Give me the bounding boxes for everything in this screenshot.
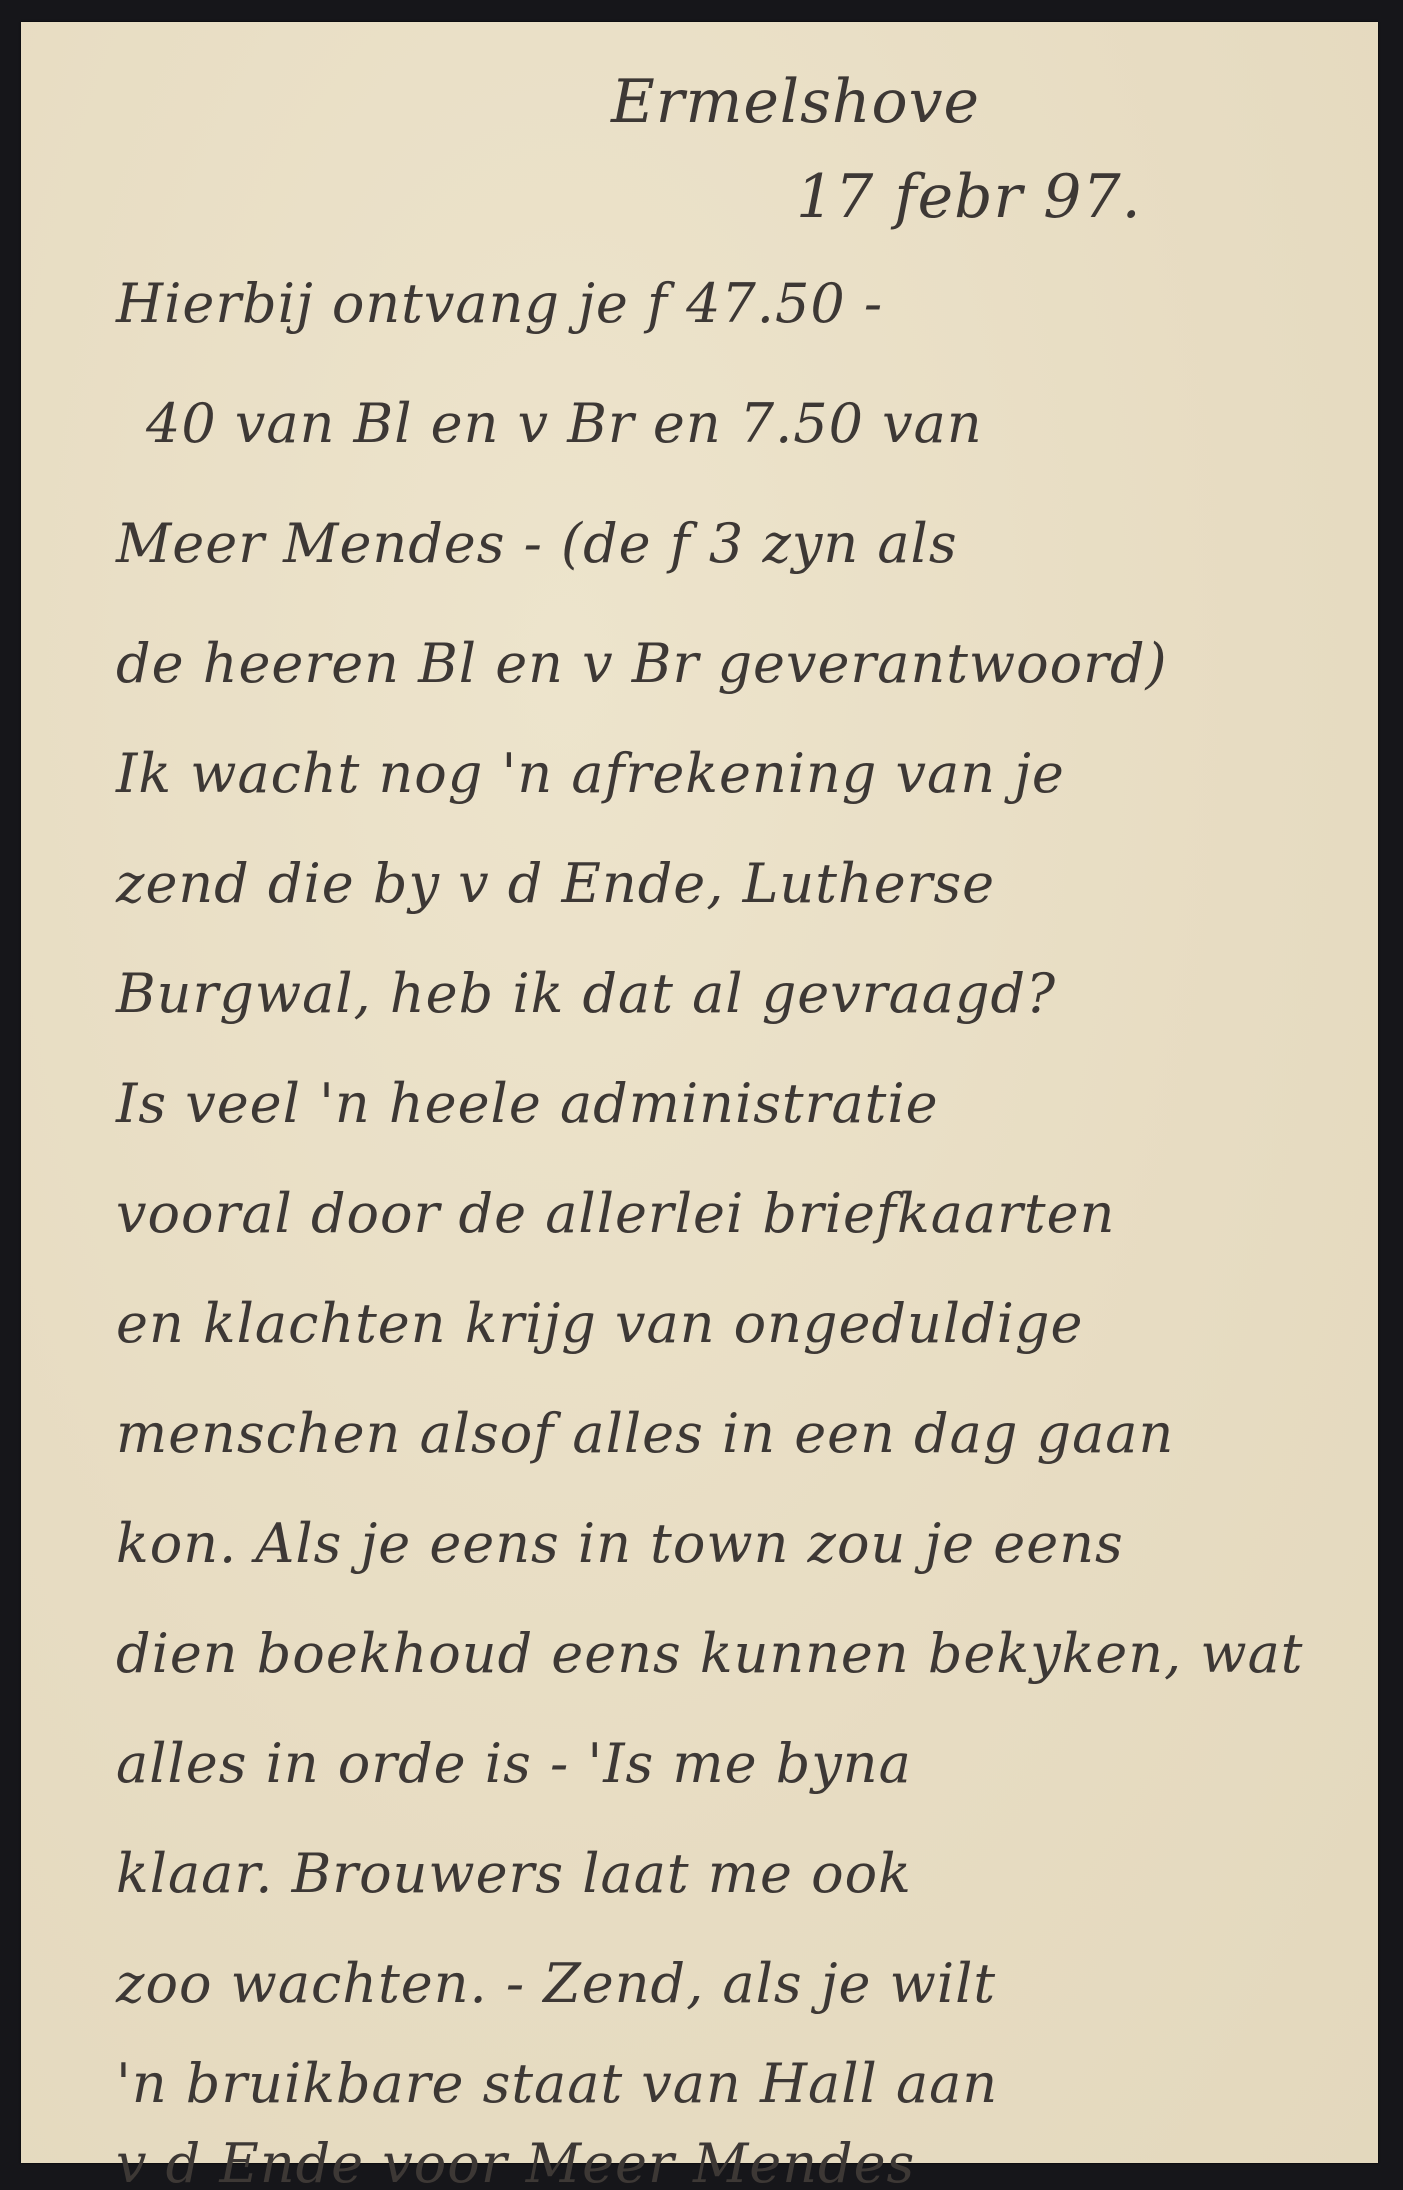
letter-line: alles in orde is - 'Is me byna — [116, 1732, 912, 1795]
letter-line: kon. Als je eens in town zou je eens — [116, 1512, 1124, 1575]
letter-page: Ermelshove 17 febr 97. Hierbij ontvang j… — [21, 22, 1378, 2163]
letter-line: en klachten krijg van ongeduldige — [116, 1292, 1083, 1355]
letter-line: 'n bruikbare staat van Hall aan — [116, 2052, 998, 2115]
letter-line: Is veel 'n heele administratie — [116, 1072, 939, 1135]
letter-line: v d Ende voor Meer Mendes — [116, 2132, 915, 2190]
letter-line: menschen alsof alles in een dag gaan — [116, 1402, 1174, 1465]
letter-date: 17 febr 97. — [796, 162, 1142, 232]
letter-line: zend die by v d Ende, Lutherse — [116, 852, 995, 915]
letter-place: Ermelshove — [611, 67, 980, 137]
letter-line: Meer Mendes - (de f 3 zyn als — [116, 512, 958, 575]
letter-line: vooral door de allerlei briefkaarten — [116, 1182, 1115, 1245]
letter-line: zoo wachten. - Zend, als je wilt — [116, 1952, 996, 2015]
letter-line: dien boekhoud eens kunnen bekyken, wat — [116, 1622, 1303, 1685]
letter-line: klaar. Brouwers laat me ook — [116, 1842, 912, 1905]
letter-line: Ik wacht nog 'n afrekening van je — [116, 742, 1065, 805]
letter-line: Hierbij ontvang je f 47.50 - — [116, 272, 883, 335]
letter-line: 40 van Bl en v Br en 7.50 van — [146, 392, 983, 455]
letter-line: de heeren Bl en v Br geverantwoord) — [116, 632, 1168, 695]
letter-line: Burgwal, heb ik dat al gevraagd? — [116, 962, 1056, 1025]
